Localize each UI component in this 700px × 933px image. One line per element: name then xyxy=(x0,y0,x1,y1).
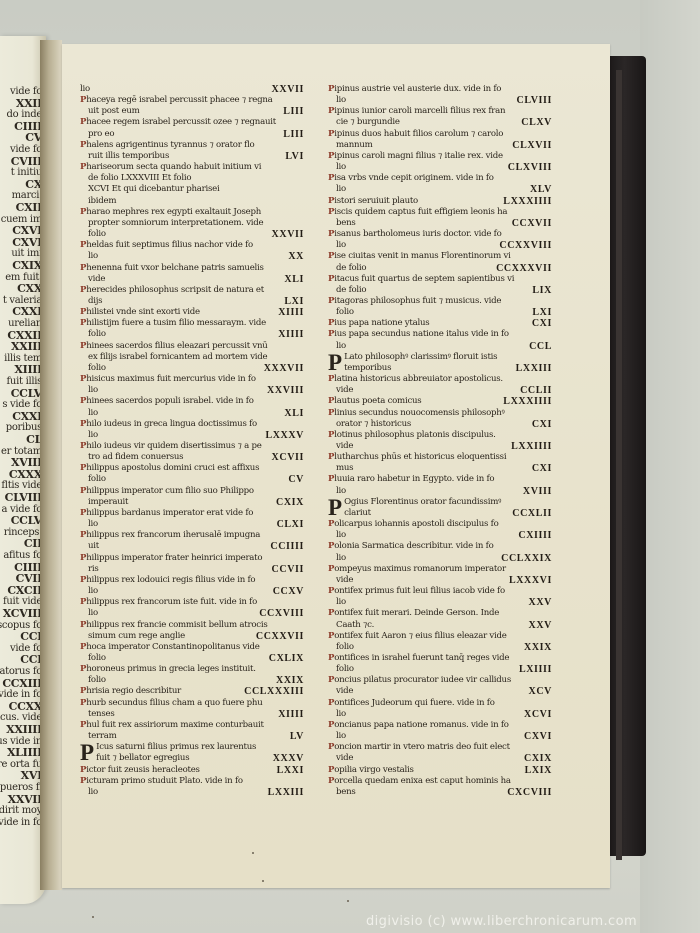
index-entry: Phalens agrigentinus tyrannus ⁊ orator f… xyxy=(80,140,306,162)
index-entry: Pontifices in israhel fuerunt tanq̄ rege… xyxy=(328,653,554,675)
folio-number: XCVII xyxy=(272,452,304,463)
rubricated-capital: P xyxy=(328,251,334,261)
rubricated-capital: P xyxy=(328,129,334,139)
folio-number: CCXXVIII xyxy=(499,240,552,251)
rubricated-capital: P xyxy=(80,575,86,585)
rubricated-capital: P xyxy=(80,117,86,127)
rubricated-capital: P xyxy=(80,620,86,630)
entry-continuation-line: Caath ⁊c. xyxy=(328,620,554,631)
entry-headword-line: Icus saturni filius primus rex laurentus xyxy=(96,742,306,753)
entry-continuation-line: folio xyxy=(80,675,306,686)
folio-number-fragment: XXIIII xyxy=(0,724,42,736)
entry-headword-line: Plutharchus phūs et historicus eloquenti… xyxy=(328,452,554,463)
folio-number: XCVI xyxy=(524,709,552,720)
text-fragment: vide in fo xyxy=(0,817,42,829)
index-entry: lioXXVII xyxy=(80,84,306,95)
index-entry: Pise ciuitas venit in manus Florentinoru… xyxy=(328,251,554,273)
folio-number-fragment: XCVIII xyxy=(0,608,42,620)
folio-number: XXVIII xyxy=(267,385,304,396)
index-entry: Philippus rex lodouici regis filius vide… xyxy=(80,575,306,597)
index-entry: Pherecides philosophus scripsit de natur… xyxy=(80,285,306,307)
rubricated-capital: P xyxy=(328,318,334,328)
index-entry: Phrisia regio describiturCCLXXXIII xyxy=(80,686,306,697)
entry-headword-line: Pitacus fuit quartus de septem sapientib… xyxy=(328,274,554,285)
rubricated-capital: P xyxy=(328,396,334,406)
entry-headword-line: Philo iudeus in greca lingua doctissimus… xyxy=(80,419,306,430)
index-entry: Phariseorum secta quando habuit initium … xyxy=(80,162,306,207)
entry-headword-line: Pontifex fuit merari. Deinde Gerson. Ind… xyxy=(328,608,554,619)
entry-headword-line: Pluuia raro habetur in Egypto. vide in f… xyxy=(328,474,554,485)
entry-headword-line: Pherecides philosophus scripsit de natur… xyxy=(80,285,306,296)
folio-number-fragment: CVIII xyxy=(0,156,42,168)
entry-headword-line: Pipinus caroli magni filius ⁊ italie rex… xyxy=(328,151,554,162)
folio-number: LXXXV xyxy=(265,430,304,441)
index-entry: Porcella quedam enixa est caput hominis … xyxy=(328,776,554,798)
index-entry: Philippus apostolus domini cruci est aff… xyxy=(80,463,306,485)
index-entry: Pheldas fuit septimus filius nachor vide… xyxy=(80,240,306,262)
rubricated-capital: P xyxy=(80,686,86,696)
rubricated-capital: P xyxy=(80,486,86,496)
index-entry: Pisa vrbs vnde cepit originem. vide in f… xyxy=(328,173,554,195)
entry-headword-line: Pontifices in israhel fuerunt tanq̄ rege… xyxy=(328,653,554,664)
entry-headword-line: Pipinus austrie vel austerie dux. vide i… xyxy=(328,84,554,95)
folio-number: CXI xyxy=(532,318,552,329)
rubricated-capital: P xyxy=(328,296,334,306)
entry-headword-line: Phacee regem israbel percussit ozee ⁊ re… xyxy=(80,117,306,128)
folio-number: LXXIII xyxy=(268,787,304,798)
entry-headword-line: Pisanus bartholomeus iuris doctor. vide … xyxy=(328,229,554,240)
entry-continuation-line: tenses xyxy=(80,709,306,720)
folio-number: LXXIII xyxy=(516,363,552,374)
index-entry: Platina historicus abbreuiator apostolic… xyxy=(328,374,554,396)
rubricated-capital: P xyxy=(328,720,334,730)
rubricated-capital: P xyxy=(80,95,86,105)
folio-number: CCLXXIX xyxy=(501,553,552,564)
folio-number-fragment: CXXX xyxy=(0,469,42,481)
folio-number: CXCVIII xyxy=(507,787,552,798)
entry-headword-line: Philippus bardanus imperator erat vide f… xyxy=(80,508,306,519)
entry-headword-line: Pontifex fuit Aaron ⁊ eius filius eleaza… xyxy=(328,631,554,642)
entry-continuation-line: lio xyxy=(80,408,306,419)
entry-headword-line: Phisicus maximus fuit mercurius vide in … xyxy=(80,374,306,385)
folio-number: XXV xyxy=(529,620,552,631)
entry-continuation-line: lio xyxy=(328,597,554,608)
entry-headword-line: Poncion martir in vtero matris deo fuit … xyxy=(328,742,554,753)
entry-continuation-line: terram xyxy=(80,731,306,742)
rubricated-capital: P xyxy=(80,318,86,328)
entry-headword-line: Pisa vrbs vnde cepit originem. vide in f… xyxy=(328,173,554,184)
rubricated-capital: P xyxy=(328,586,334,596)
text-fragment: adirit moy xyxy=(0,805,42,817)
folio-number: CXVI xyxy=(524,731,552,742)
folio-number: LXIIII xyxy=(519,664,552,675)
entry-headword-line: Pius papa natione ytalus xyxy=(328,318,554,329)
index-entry: Philippus rex francorum iherusalē impugn… xyxy=(80,530,306,552)
rubricated-capital: P xyxy=(328,776,334,786)
folio-number-fragment: CXIX xyxy=(0,260,42,272)
folio-number: CXI xyxy=(532,463,552,474)
folio-number: XLV xyxy=(530,184,552,195)
folio-number: LIII xyxy=(283,129,304,140)
entry-continuation-line: propter somniorum interpretationem. vide xyxy=(80,218,306,229)
index-entry: Phisicus maximus fuit mercurius vide in … xyxy=(80,374,306,396)
folio-number: LIX xyxy=(532,285,552,296)
folio-number-fragment: XLIIII xyxy=(0,747,42,759)
entry-continuation-line: vide xyxy=(328,686,554,697)
entry-continuation-line: lio xyxy=(328,731,554,742)
rubricated-capital: P xyxy=(328,519,334,529)
rubricated-capital: P xyxy=(80,776,86,786)
folio-number-fragment: XXVII xyxy=(0,794,42,806)
index-entry: Plutharchus phūs et historicus eloquenti… xyxy=(328,452,554,474)
rubricated-capital: P xyxy=(80,530,86,540)
entry-headword-line: Lato philosophꝰ clarissimꝰ floruit istis xyxy=(344,352,554,363)
rubricated-capital: P xyxy=(328,173,334,183)
entry-continuation-line: de folio LXXXVIII Et folio xyxy=(80,173,306,184)
paper-speck xyxy=(262,880,264,882)
rubricated-capital: P xyxy=(80,765,86,775)
entry-continuation-line: orator ⁊ historicus xyxy=(328,419,554,430)
entry-continuation-line: folio xyxy=(328,307,554,318)
index-entry: Pontifex fuit Aaron ⁊ eius filius eleaza… xyxy=(328,631,554,653)
index-entry: Phinees sacerdos filius eleazari percuss… xyxy=(80,341,306,374)
entry-headword-line: Philippus apostolus domini cruci est aff… xyxy=(80,463,306,474)
entry-headword-line: Pontifex primus fuit leui filius iacob v… xyxy=(328,586,554,597)
entry-headword-line: Phurb secundus filius cham a quo fuere p… xyxy=(80,698,306,709)
folio-number: CCXVIII xyxy=(259,608,304,619)
entry-headword-line: Pontifices Judeorum qui fuere. vide in f… xyxy=(328,698,554,709)
entry-headword-line: Pharao mephres rex egypti exaltauit Jose… xyxy=(80,207,306,218)
entry-continuation-line: lio xyxy=(328,486,554,497)
rubricated-capital: P xyxy=(80,207,86,217)
page-stack-edge xyxy=(616,70,622,860)
rubricated-capital: P xyxy=(80,307,86,317)
rubricated-capital: P xyxy=(328,408,334,418)
folio-number: XXXVII xyxy=(264,363,304,374)
folio-number: CLXV xyxy=(521,117,552,128)
index-entry: Pius papa secundus natione italus vide i… xyxy=(328,329,554,351)
entry-headword-line: Philistijm fuere a tusim filio messaraym… xyxy=(80,318,306,329)
rubricated-capital: P xyxy=(328,742,334,752)
entry-headword-line: Pompeyus maximus romanorum imperator xyxy=(328,564,554,575)
folio-number: CV xyxy=(288,474,304,485)
folio-number-fragment: CCXX xyxy=(0,701,42,713)
folio-number: CLXVII xyxy=(512,140,552,151)
folio-number: XIIII xyxy=(278,709,304,720)
rubricated-capital: P xyxy=(328,207,334,217)
folio-number: CLXI xyxy=(277,519,304,530)
entry-headword-line: Polonia Sarmatica describitur. vide in f… xyxy=(328,541,554,552)
folio-number: CCXXXVII xyxy=(496,263,552,274)
folio-number: CCXXVII xyxy=(256,631,304,642)
entry-continuation-line: lio xyxy=(80,519,306,530)
folio-number: CXI xyxy=(532,419,552,430)
folio-number-fragment: CII xyxy=(0,538,42,550)
folio-number-fragment: CCI xyxy=(0,631,42,643)
index-entry: Pistori seruiuit plautoLXXXIIII xyxy=(328,196,554,207)
rubricated-capital: P xyxy=(328,541,334,551)
index-entry: Phinees sacerdos populi israbel. vide in… xyxy=(80,396,306,418)
folio-number: CLXVIII xyxy=(508,162,552,173)
folio-number: XXV xyxy=(529,597,552,608)
index-entry: POgius Florentinus orator facundissimꝰcl… xyxy=(328,497,554,519)
paper-speck xyxy=(252,852,254,854)
entry-headword-line: Philippus rex francorum iherusalē impugn… xyxy=(80,530,306,541)
index-entry: Piscis quidem captus fuit effigiem leoni… xyxy=(328,207,554,229)
rubricated-capital: P xyxy=(328,653,334,663)
entry-continuation-line: lio xyxy=(328,709,554,720)
decorated-initial: P xyxy=(328,498,342,518)
folio-number-fragment: CXCII xyxy=(0,585,42,597)
entry-headword-line: Philippus rex francie commisit bellum at… xyxy=(80,620,306,631)
folio-number-fragment: CV xyxy=(0,132,42,144)
index-entry: Phurb secundus filius cham a quo fuere p… xyxy=(80,698,306,720)
index-entry: Philippus imperator cum filio suo Philip… xyxy=(80,486,306,508)
entry-continuation-line: de folio xyxy=(328,285,554,296)
index-entry: Plautus poeta comicusLXXXIIII xyxy=(328,396,554,407)
entry-continuation-line: dijs xyxy=(80,296,306,307)
folio-number: LXIX xyxy=(525,765,552,776)
folio-number: CCXVII xyxy=(512,218,552,229)
folio-number-fragment: CXVI xyxy=(0,237,42,249)
backdrop xyxy=(640,0,700,933)
folio-number: LXI xyxy=(532,307,552,318)
entry-headword-line: Phaceya regē israbel percussit phacee ⁊ … xyxy=(80,95,306,106)
index-entry: Phaceya regē israbel percussit phacee ⁊ … xyxy=(80,95,306,117)
index-entry: Pontifices Judeorum qui fuere. vide in f… xyxy=(328,698,554,720)
rubricated-capital: P xyxy=(328,84,334,94)
folio-number: XCV xyxy=(529,686,552,697)
index-entry: Policarpus iohannis apostoli discipulus … xyxy=(328,519,554,541)
entry-headword-line: Pheldas fuit septimus filius nachor vide… xyxy=(80,240,306,251)
index-entry: Pictor fuit zeusis heracleotesLXXI xyxy=(80,765,306,776)
entry-headword-line: Phinees sacerdos populi israbel. vide in… xyxy=(80,396,306,407)
rubricated-capital: P xyxy=(80,240,86,250)
index-column-right: Pipinus austrie vel austerie dux. vide i… xyxy=(328,84,554,798)
entry-continuation-line: folio xyxy=(328,642,554,653)
rubricated-capital: P xyxy=(328,106,334,116)
folio-number-fragment: CX xyxy=(0,179,42,191)
folio-number: XIIII xyxy=(278,329,304,340)
folio-number: CLVIII xyxy=(517,95,552,106)
index-entry: Poncianus papa natione romanus. vide in … xyxy=(328,720,554,742)
rubricated-capital: P xyxy=(80,419,86,429)
entry-headword-line: Philistei vnde sint exorti vide xyxy=(80,307,306,318)
entry-headword-line: Policarpus iohannis apostoli discipulus … xyxy=(328,519,554,530)
entry-continuation-line: imperauit xyxy=(80,497,306,508)
rubricated-capital: P xyxy=(328,675,334,685)
index-entry: Pharao mephres rex egypti exaltauit Jose… xyxy=(80,207,306,240)
rubricated-capital: P xyxy=(80,698,86,708)
folio-number: CXIX xyxy=(524,753,552,764)
folio-number: XX xyxy=(288,251,304,262)
folio-number: LXXXVI xyxy=(509,575,552,586)
folio-number: CCLII xyxy=(520,385,552,396)
entry-headword-line: Porcella quedam enixa est caput hominis … xyxy=(328,776,554,787)
entry-continuation-line: lio xyxy=(328,341,554,352)
index-entry: Philippus rex francie commisit bellum at… xyxy=(80,620,306,642)
index-entry: Pipinus duos habuit filios carolum ⁊ car… xyxy=(328,129,554,151)
folio-number: LXXXIIII xyxy=(503,196,552,207)
rubricated-capital: P xyxy=(80,341,86,351)
decorated-initial: P xyxy=(80,743,94,763)
folio-number-fragment: CCXIII xyxy=(0,678,42,690)
index-entry: Philippus bardanus imperator erat vide f… xyxy=(80,508,306,530)
entry-continuation-line: mus xyxy=(328,463,554,474)
entry-continuation-line: cie ⁊ burgundie xyxy=(328,117,554,128)
entry-headword-line: Platina historicus abbreuiator apostolic… xyxy=(328,374,554,385)
folio-number-fragment: CLVIII xyxy=(0,492,42,504)
index-entry: Plinius secundus nouocomensis philosophꝰ… xyxy=(328,408,554,430)
rubricated-capital: P xyxy=(328,274,334,284)
index-entry: Philippus rex francorum iste fuit. vide … xyxy=(80,597,306,619)
entry-continuation-line: ibidem xyxy=(80,196,306,207)
folio-number-fragment: XXII xyxy=(0,98,42,110)
index-entry: PIcus saturni filius primus rex laurentu… xyxy=(80,742,306,764)
entry-headword-line: Phinees sacerdos filius eleazari percuss… xyxy=(80,341,306,352)
entry-headword-line: Pius papa secundus natione italus vide i… xyxy=(328,329,554,340)
rubricated-capital: P xyxy=(328,631,334,641)
rubricated-capital: P xyxy=(80,642,86,652)
entry-headword-line: Picturam primo studuit Plato. vide in fo xyxy=(80,776,306,787)
index-entry: Phoroneus primus in grecia leges institu… xyxy=(80,664,306,686)
paper-speck xyxy=(347,900,349,902)
folio-number: CXIX xyxy=(276,497,304,508)
folio-number-fragment: CXXI xyxy=(0,306,42,318)
index-entry: Pitacus fuit quartus de septem sapientib… xyxy=(328,274,554,296)
index-column-left: lioXXVIIPhaceya regē israbel percussit p… xyxy=(80,84,306,798)
entry-continuation-line: pro eo xyxy=(80,129,306,140)
folio-number-fragment: CCLV xyxy=(0,388,42,400)
rubricated-capital: P xyxy=(80,664,86,674)
folio-number: XIIII xyxy=(278,307,304,318)
folio-number-fragment: XIIII xyxy=(0,364,42,376)
folio-number-fragment: XVI xyxy=(0,770,42,782)
index-entry: Pontifex fuit merari. Deinde Gerson. Ind… xyxy=(328,608,554,630)
rubricated-capital: P xyxy=(328,229,334,239)
entry-headword-line: Phenenna fuit vxor belchane patris samue… xyxy=(80,263,306,274)
entry-continuation-line: ex filijs israbel fornicantem ad mortem … xyxy=(80,352,306,363)
rubricated-capital: P xyxy=(328,474,334,484)
folio-number: XXVII xyxy=(272,229,304,240)
folio-number: CCVII xyxy=(272,564,304,575)
folio-number: CCLXXXIII xyxy=(244,686,304,697)
rubricated-capital: P xyxy=(80,396,86,406)
entry-headword-line: Piscis quidem captus fuit effigiem leoni… xyxy=(328,207,554,218)
folio-number: CCXV xyxy=(273,586,304,597)
folio-number: LXXIIII xyxy=(511,441,552,452)
index-entry: Poncius pilatus procurator iudee vir cal… xyxy=(328,675,554,697)
index-entry: Philo iudeus vir quidem disertissimus ⁊ … xyxy=(80,441,306,463)
folio-number: CXLIX xyxy=(269,653,304,664)
folio-number-fragment: CXX xyxy=(0,283,42,295)
entry-headword-line: Philippus rex francorum iste fuit. vide … xyxy=(80,597,306,608)
folio-number: LXI xyxy=(284,296,304,307)
rubricated-capital: P xyxy=(328,196,334,206)
index-entry: Phenenna fuit vxor belchane patris samue… xyxy=(80,263,306,285)
folio-number: CCL xyxy=(529,341,552,352)
index-entry: Pitagoras philosophus fuit ⁊ musicus. vi… xyxy=(328,296,554,318)
entry-headword-line: Phul fuit rex assiriorum maxime conturba… xyxy=(80,720,306,731)
entry-headword-line: Pictor fuit zeusis heracleotes xyxy=(80,765,306,776)
book-gutter xyxy=(40,40,62,890)
entry-headword-line: Plinius secundus nouocomensis philosophꝰ xyxy=(328,408,554,419)
rubricated-capital: P xyxy=(80,285,86,295)
folio-number: CCXLII xyxy=(512,508,552,519)
entry-headword-line: Plotinus philosophus platonis discipulus… xyxy=(328,430,554,441)
entry-headword-line: Popilia virgo vestalis xyxy=(328,765,554,776)
rubricated-capital: P xyxy=(80,441,86,451)
entry-headword-line: Ogius Florentinus orator facundissimꝰ xyxy=(344,497,554,508)
entry-headword-line: Poncianus papa natione romanus. vide in … xyxy=(328,720,554,731)
index-entry: Polonia Sarmatica describitur. vide in f… xyxy=(328,541,554,563)
rubricated-capital: P xyxy=(328,765,334,775)
entry-continuation-line: XCVI Et qui dicebantur pharisei xyxy=(80,184,306,195)
rubricated-capital: P xyxy=(80,140,86,150)
entry-continuation-line: uit post eum xyxy=(80,106,306,117)
rubricated-capital: P xyxy=(328,608,334,618)
entry-headword-line: Pipinus duos habuit filios carolum ⁊ car… xyxy=(328,129,554,140)
rubricated-capital: P xyxy=(328,452,334,462)
folio-number: XVIII xyxy=(523,486,552,497)
entry-headword-line: Pipinus iunior caroli marcelli filius re… xyxy=(328,106,554,117)
index-entry: Philistijm fuere a tusim filio messaraym… xyxy=(80,318,306,340)
rubricated-capital: P xyxy=(328,564,334,574)
index-entry: Pompeyus maximus romanorum imperatorvide… xyxy=(328,564,554,586)
entry-continuation-line: lio xyxy=(328,184,554,195)
index-entry: Pipinus iunior caroli marcelli filius re… xyxy=(328,106,554,128)
index-entry: Poncion martir in vtero matris deo fuit … xyxy=(328,742,554,764)
index-entry: Phoca imperator Constantinopolitanus vid… xyxy=(80,642,306,664)
folio-number-fragment: XXIII xyxy=(0,341,42,353)
folio-number: XXIX xyxy=(524,642,552,653)
paper-speck xyxy=(92,916,94,918)
folio-number: LIII xyxy=(283,106,304,117)
rubricated-capital: P xyxy=(80,508,86,518)
entry-continuation-line: vide xyxy=(328,753,554,764)
index-entry: Philo iudeus in greca lingua doctissimus… xyxy=(80,419,306,441)
folio-number-fragment: CXII xyxy=(0,202,42,214)
folio-number: XLI xyxy=(284,408,304,419)
rubricated-capital: P xyxy=(328,151,334,161)
index-entry: Plotinus philosophus platonis discipulus… xyxy=(328,430,554,452)
rubricated-capital: P xyxy=(328,374,334,384)
entry-continuation-line: vide xyxy=(80,274,306,285)
folio-number-fragment: CCI xyxy=(0,654,42,666)
entry-continuation-line: ruit illis temporibus xyxy=(80,151,306,162)
rubricated-capital: P xyxy=(328,698,334,708)
entry-continuation-line: lio xyxy=(80,251,306,262)
entry-headword-line: Philippus imperator frater heinrici impe… xyxy=(80,553,306,564)
folio-number-fragment: CXXI xyxy=(0,411,42,423)
folio-number: CXIIII xyxy=(518,530,552,541)
entry-headword-line: Philippus imperator cum filio suo Philip… xyxy=(80,486,306,497)
index-entry: PLato philosophꝰ clarissimꝰ floruit isti… xyxy=(328,352,554,374)
rubricated-capital: P xyxy=(80,553,86,563)
rubricated-capital: P xyxy=(80,463,86,473)
folio-number: XXXV xyxy=(273,753,304,764)
index-entry: Pius papa natione ytalusCXI xyxy=(328,318,554,329)
entry-headword-line: Pitagoras philosophus fuit ⁊ musicus. vi… xyxy=(328,296,554,307)
folio-number: LVI xyxy=(285,151,304,162)
decorated-initial: P xyxy=(328,353,342,373)
folio-number: LV xyxy=(290,731,304,742)
rubricated-capital: P xyxy=(80,597,86,607)
index-entry: Pluuia raro habetur in Egypto. vide in f… xyxy=(328,474,554,496)
entry-headword-line: Phoca imperator Constantinopolitanus vid… xyxy=(80,642,306,653)
index-entry: Pontifex primus fuit leui filius iacob v… xyxy=(328,586,554,608)
rubricated-capital: P xyxy=(80,374,86,384)
